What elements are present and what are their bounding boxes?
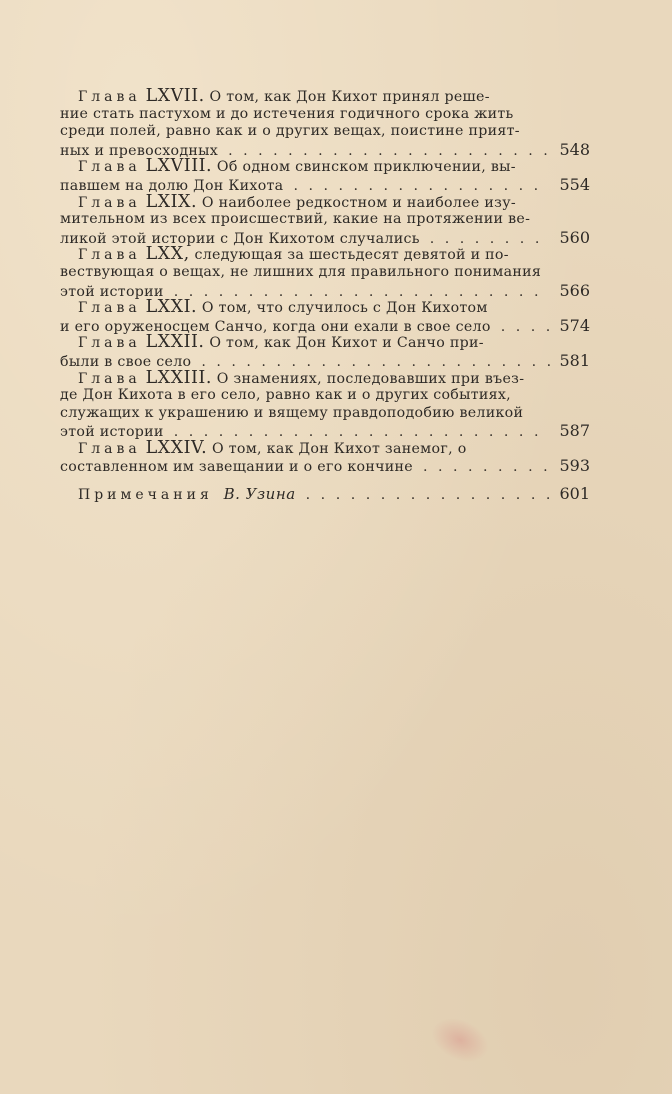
chapter-title-text: ние стать пастухом и до истечения годичн…: [60, 106, 590, 124]
toc-entry-last-line: ликой этой истории с Дон Кихотом случали…: [60, 229, 590, 247]
chapter-word: Глава: [78, 371, 141, 387]
chapter-title-text: О том, что случилось с Дон Кихотом: [202, 300, 488, 316]
toc-entry-first-line: Глава LXXI. О том, что случилось с Дон К…: [60, 299, 590, 317]
chapter-numeral: LXXIV.: [146, 438, 208, 458]
toc-entry-first-line: Глава LXX, следующая за шестьдесят девят…: [60, 246, 590, 264]
chapter-numeral: LXXIII.: [146, 368, 212, 388]
toc-entry-chapter-69: Глава LXIX. О наиболее редкостном и наиб…: [60, 194, 590, 247]
page-number: 601: [550, 485, 590, 503]
chapter-title-text: О наиболее редкостном и наиболее изу-: [202, 195, 516, 211]
chapter-word: Глава: [78, 441, 141, 457]
toc-entry-chapter-72: Глава LXXII. О том, как Дон Кихот и Санч…: [60, 334, 590, 369]
toc-entry-first-line: Глава LXXII. О том, как Дон Кихот и Санч…: [60, 334, 590, 352]
toc-entry-last-line: были в свое село .......................…: [60, 352, 590, 370]
chapter-title-text: де Дон Кихота в его село, равно как и о …: [60, 387, 590, 405]
chapter-title-text: служащих к украшению и вящему правдоподо…: [60, 405, 590, 423]
toc-entry-first-line: Глава LXVIII. Об одном свинском приключе…: [60, 158, 590, 176]
chapter-title-text: О том, как Дон Кихот занемог, о: [212, 441, 467, 457]
notes-label: Примечания: [78, 487, 213, 503]
toc-entry-last-line: и его оруженосцем Санчо, когда они ехали…: [60, 317, 590, 335]
page-number: 587: [550, 422, 590, 440]
toc-entry-notes: Примечания В. Узина ....................…: [60, 485, 590, 503]
toc-entry-chapter-73: Глава LXXIII. О знамениях, последовавших…: [60, 370, 590, 440]
chapter-title-text: О знамениях, последовавших при въез-: [217, 371, 525, 387]
toc-entry-chapter-67: Глава LXVII. О том, как Дон Кихот принял…: [60, 88, 590, 158]
chapter-numeral: LXIX.: [146, 192, 198, 212]
toc-entry-first-line: Глава LXXIII. О знамениях, последовавших…: [60, 370, 590, 388]
chapter-numeral: LXVIII.: [146, 156, 213, 176]
chapter-word: Глава: [78, 335, 141, 351]
toc-entry-last-line: этой истории ...........................…: [60, 282, 590, 300]
toc-entry-first-line: Глава LXXIV. О том, как Дон Кихот занемо…: [60, 440, 590, 458]
dot-leader: ........................................…: [413, 459, 550, 477]
table-of-contents: Глава LXVII. О том, как Дон Кихот принял…: [60, 88, 590, 503]
page-number: 566: [550, 282, 590, 300]
chapter-title-text: мительном из всех происшествий, какие на…: [60, 211, 590, 229]
toc-entry-last-line: павшем на долю Дон Кихота ..............…: [60, 176, 590, 194]
page-number: 574: [550, 317, 590, 335]
toc-entry-last-line: этой истории ...........................…: [60, 422, 590, 440]
toc-entry-chapter-71: Глава LXXI. О том, что случилось с Дон К…: [60, 299, 590, 334]
chapter-word: Глава: [78, 159, 141, 175]
chapter-word: Глава: [78, 247, 141, 263]
page-number: 593: [550, 457, 590, 475]
dot-leader: ........................................…: [296, 487, 550, 505]
chapter-word: Глава: [78, 89, 141, 105]
toc-entry-last-line: ных и превосходных .....................…: [60, 141, 590, 159]
notes-label-group: Примечания В. Узина: [78, 486, 296, 505]
page-number: 581: [550, 352, 590, 370]
chapter-title-text: вествующая о вещах, не лишних для правил…: [60, 264, 590, 282]
chapter-numeral: LXVII.: [146, 86, 205, 106]
page-number: 548: [550, 141, 590, 159]
toc-entry-chapter-70: Глава LXX, следующая за шестьдесят девят…: [60, 246, 590, 299]
chapter-numeral: LXXII.: [146, 332, 205, 352]
chapter-title-text: составленном им завещании и о его кончин…: [60, 459, 413, 477]
chapter-title-text: О том, как Дон Кихот и Санчо при-: [209, 335, 484, 351]
toc-entry-last-line: Примечания В. Узина ....................…: [60, 485, 590, 503]
page-number: 560: [550, 229, 590, 247]
chapter-word: Глава: [78, 195, 141, 211]
toc-entry-chapter-68: Глава LXVIII. Об одном свинском приключе…: [60, 158, 590, 193]
notes-author: В. Узина: [224, 485, 296, 503]
toc-entry-first-line: Глава LXIX. О наиболее редкостном и наиб…: [60, 194, 590, 212]
toc-entry-last-line: составленном им завещании и о его кончин…: [60, 457, 590, 475]
chapter-word: Глава: [78, 300, 141, 316]
paper-stain: [424, 1009, 495, 1071]
chapter-numeral: LXX,: [146, 244, 190, 264]
chapter-title-text: следующая за шестьдесят девятой и по-: [194, 247, 508, 263]
toc-entry-chapter-74: Глава LXXIV. О том, как Дон Кихот занемо…: [60, 440, 590, 475]
chapter-title-text: среди полей, равно как и о других вещах,…: [60, 123, 590, 141]
page-number: 554: [550, 176, 590, 194]
chapter-title-text: Об одном свинском приключении, вы-: [217, 159, 516, 175]
chapter-title-text: О том, как Дон Кихот принял реше-: [209, 89, 489, 105]
chapter-numeral: LXXI.: [146, 297, 198, 317]
toc-entry-first-line: Глава LXVII. О том, как Дон Кихот принял…: [60, 88, 590, 106]
